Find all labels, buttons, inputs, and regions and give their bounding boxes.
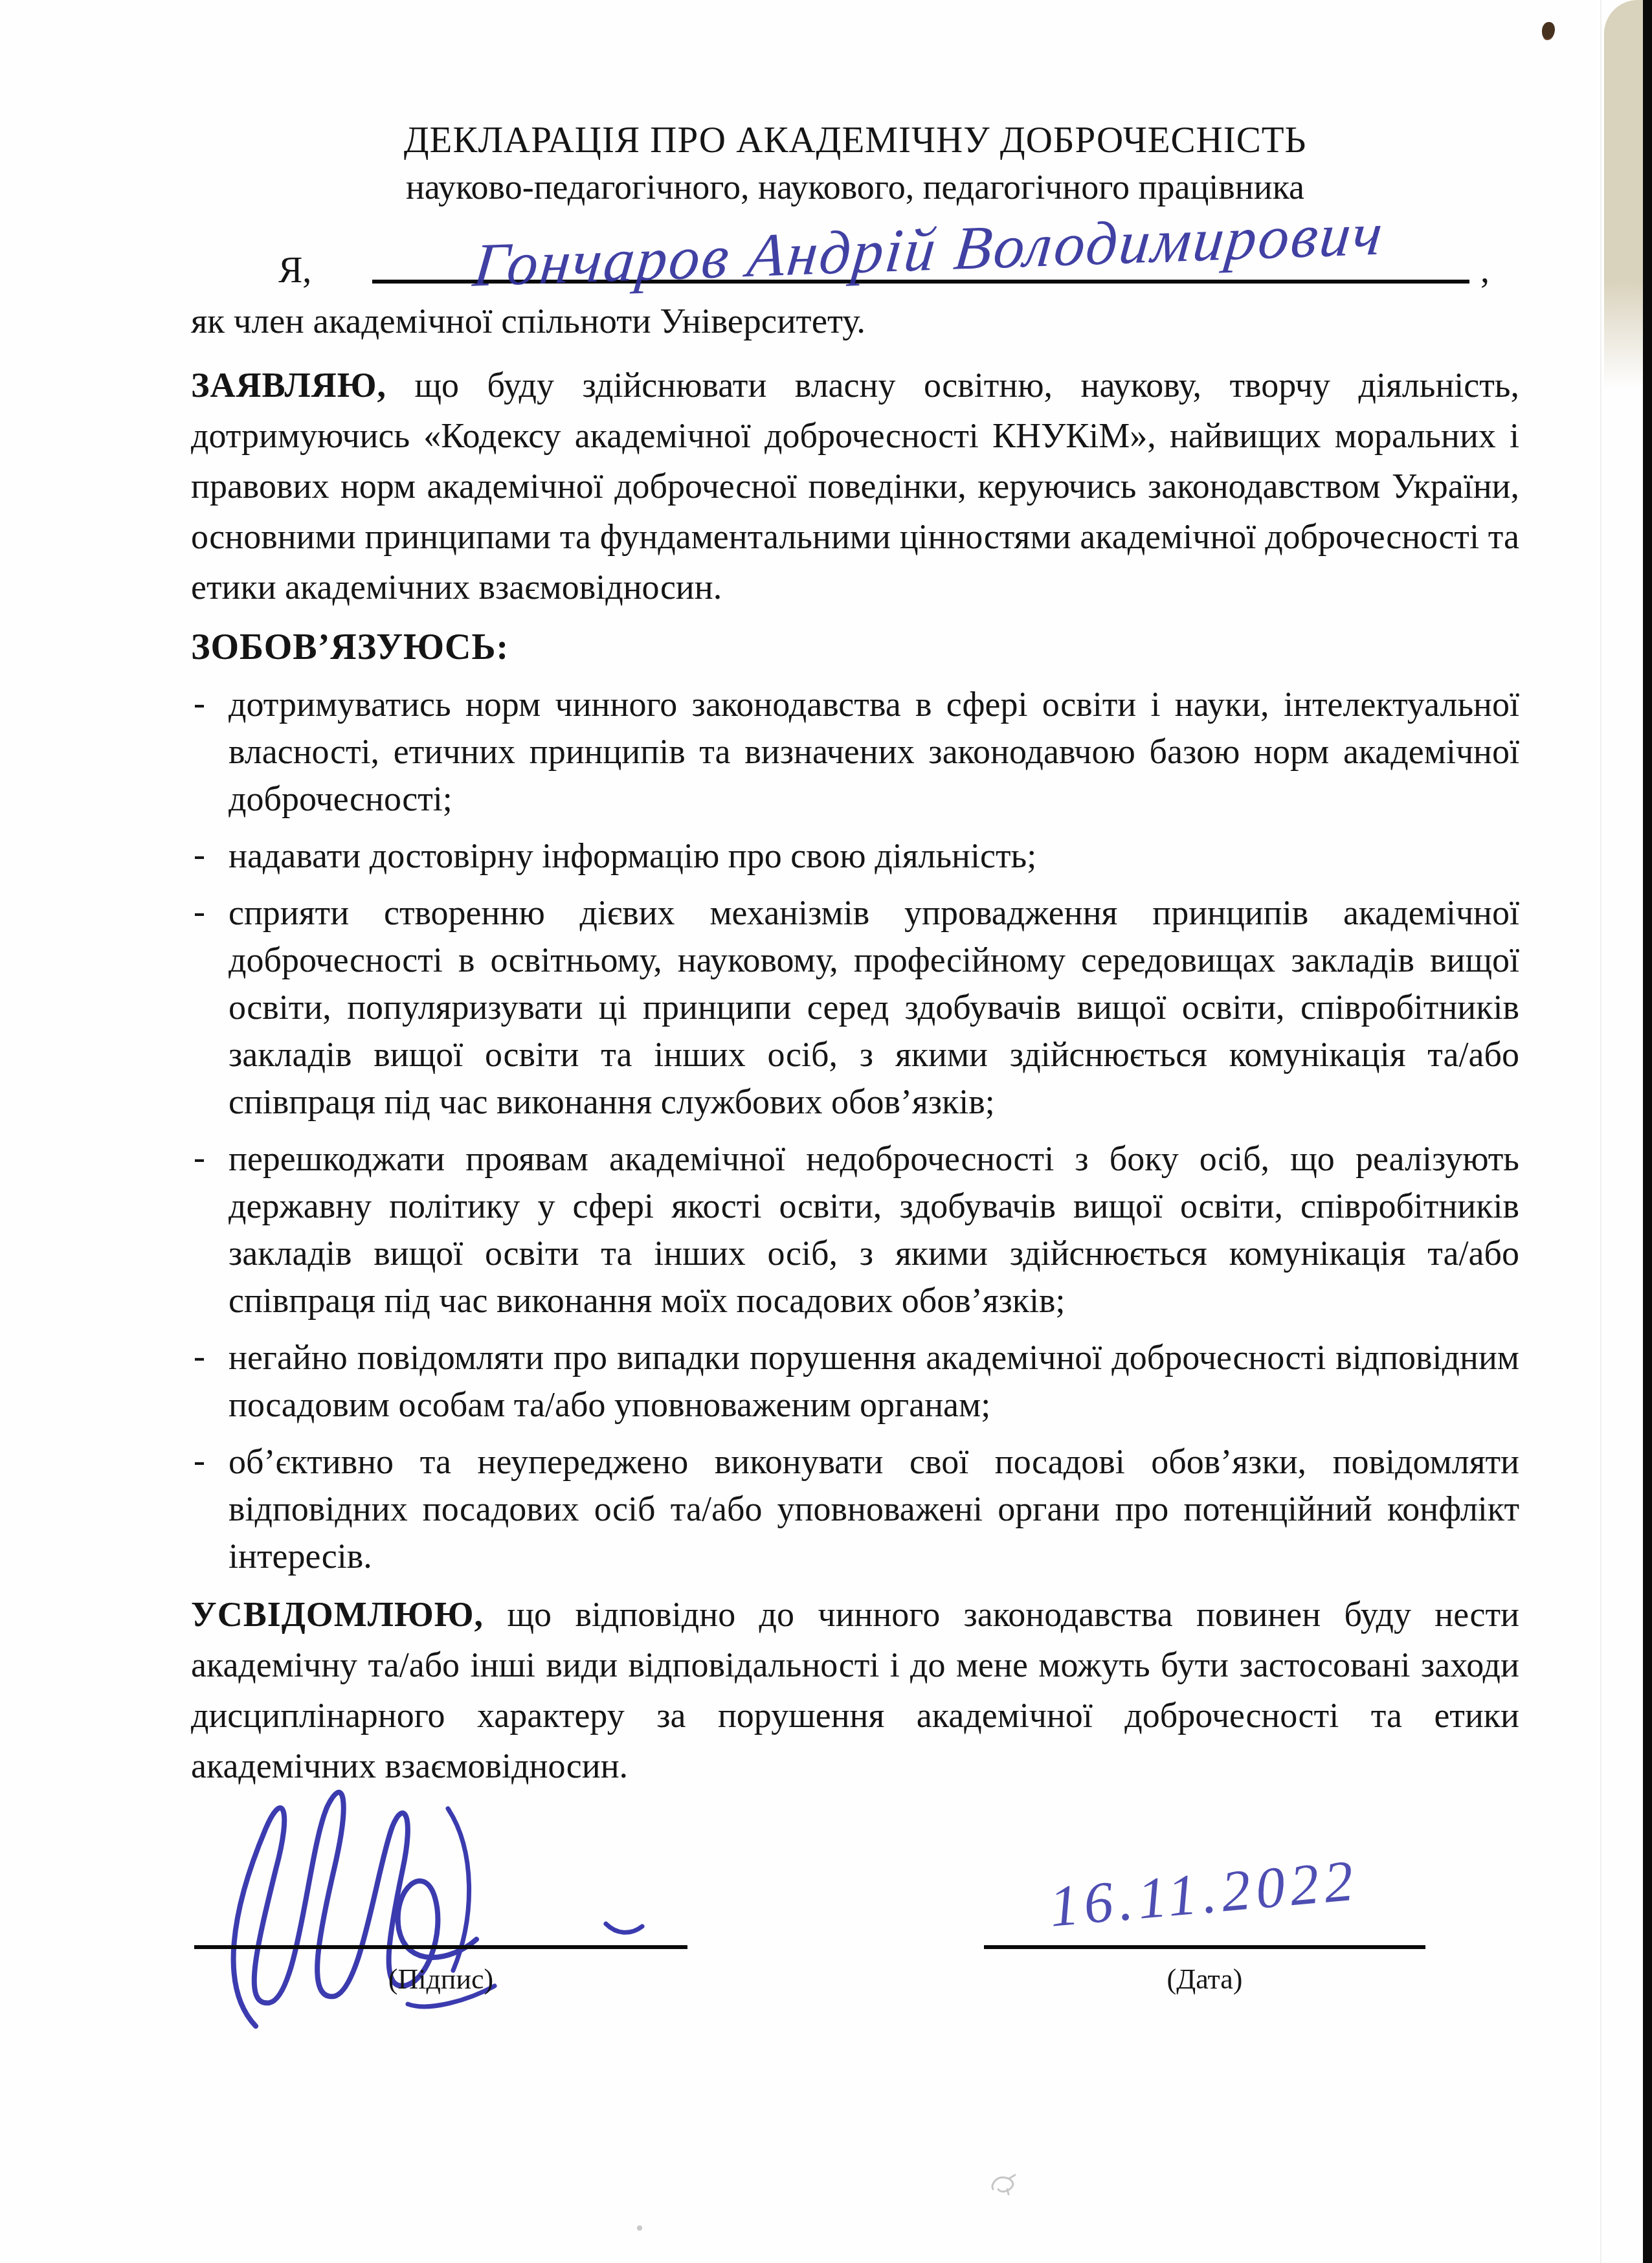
obligation-item: - об’єктивно та неупереджено виконувати … xyxy=(191,1438,1519,1580)
handwritten-name: Гончаров Андрій Володимирович xyxy=(395,195,1464,304)
acknowledge-paragraph: УСВІДОМЛЮЮ, що відповідно до чинного зак… xyxy=(191,1589,1519,1791)
obligation-item: - негайно повідомляти про випадки поруше… xyxy=(191,1334,1519,1429)
obligation-text: перешкоджати проявам академічної недобро… xyxy=(229,1139,1519,1320)
pencil-smudge-artifact xyxy=(989,2172,1019,2196)
handwritten-date: 16.11.2022 xyxy=(969,1840,1439,1947)
acknowledge-lead: УСВІДОМЛЮЮ, xyxy=(191,1595,484,1634)
trailing-comma: , xyxy=(1480,250,1490,291)
signature-label: (Підпис) xyxy=(194,1963,687,1996)
dust-speck xyxy=(637,2225,642,2231)
bullet-dash: - xyxy=(194,888,205,935)
obligation-item: - перешкоджати проявам академічної недоб… xyxy=(191,1135,1519,1324)
obligations-list: - дотримуватись норм чинного законодавст… xyxy=(191,681,1519,1590)
signature-line xyxy=(194,1945,687,1949)
scanner-background-edge xyxy=(1604,0,1643,388)
obligation-item: - сприяти створенню дієвих механізмів уп… xyxy=(191,889,1519,1126)
scanned-declaration-page: ДЕКЛАРАЦІЯ ПРО АКАДЕМІЧНУ ДОБРОЧЕСНІСТЬ … xyxy=(0,0,1652,2263)
obligation-item: - дотримуватись норм чинного законодавст… xyxy=(191,681,1519,823)
obligation-text: дотримуватись норм чинного законодавства… xyxy=(229,685,1519,818)
signature-scribble xyxy=(194,1772,712,2044)
declare-paragraph: ЗАЯВЛЯЮ, що буду здійснювати власну осві… xyxy=(191,360,1519,612)
declarant-continuation: як член академічної спільноти Університе… xyxy=(191,300,1519,341)
date-line xyxy=(984,1945,1425,1949)
obligation-text: об’єктивно та неупереджено виконувати св… xyxy=(229,1442,1519,1576)
scan-black-edge xyxy=(1643,0,1652,2263)
declare-lead: ЗАЯВЛЯЮ, xyxy=(191,366,386,405)
bullet-dash: - xyxy=(194,1134,205,1181)
bullet-dash: - xyxy=(194,831,205,878)
obligation-text: сприяти створенню дієвих механізмів упро… xyxy=(229,893,1519,1121)
obligation-text: надавати достовірну інформацію про свою … xyxy=(229,836,1036,875)
obligation-text: негайно повідомляти про випадки порушенн… xyxy=(229,1338,1519,1424)
declare-text: що буду здійснювати власну освітню, наук… xyxy=(191,366,1519,607)
bullet-dash: - xyxy=(194,680,205,727)
name-underline: Гончаров Андрій Володимирович xyxy=(372,241,1469,284)
obligations-heading: ЗОБОВ’ЯЗУЮСЬ: xyxy=(191,627,509,668)
date-label: (Дата) xyxy=(984,1963,1425,1996)
document-title: ДЕКЛАРАЦІЯ ПРО АКАДЕМІЧНУ ДОБРОЧЕСНІСТЬ xyxy=(191,119,1519,161)
bullet-dash: - xyxy=(194,1437,205,1484)
ink-speck-artifact xyxy=(1542,22,1555,39)
scan-fold-line xyxy=(1600,0,1602,2263)
declarant-pronoun: Я, xyxy=(278,250,311,291)
bullet-dash: - xyxy=(194,1333,205,1380)
obligation-item: - надавати достовірну інформацію про сво… xyxy=(191,832,1519,880)
